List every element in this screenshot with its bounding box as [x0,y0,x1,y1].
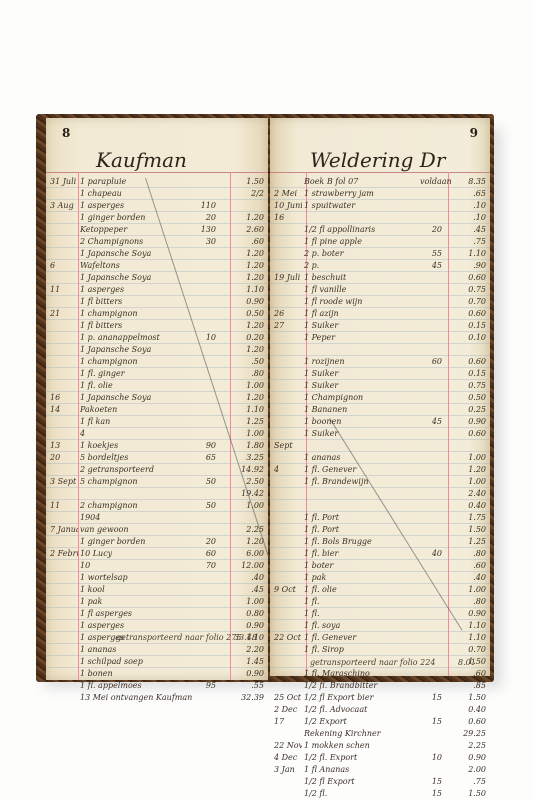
entry-description: 1 fl bitters [80,296,220,308]
entry-amount: 2.25 [456,740,486,752]
ledger-row: 1 fl pine apple.75 [270,236,490,248]
entry-description: 1 Suiker [304,428,444,440]
ledger-row: 1 fl asperges0.80 [46,608,268,620]
ledger-row: 1 fl bitters0.90 [46,296,268,308]
entry-description: 1 asperges [80,620,220,632]
folio-footnote-amount: 8.01 [458,658,476,667]
entry-description: 1 fl. Port [304,524,444,536]
entry-amount: 2/2 [234,188,264,200]
entry-description: 1 fl. Sirop [304,644,444,656]
entry-description: 1 mokken schen [304,740,444,752]
ledger-row: 1 pak .40 [270,572,490,584]
entry-description: 1 fl kan [80,416,220,428]
entry-amount: 0.20 [234,332,264,344]
entry-date: 11 [50,284,78,296]
entry-amount: 1.10 [456,632,486,644]
entry-description: 1904 [80,512,220,524]
entry-description: 1 champignon [80,308,220,320]
entry-amount: 1.10 [234,404,264,416]
entry-amount: 1.50 [234,176,264,188]
entry-amount: 0.90 [234,668,264,680]
ledger-row: 19.42 [46,488,268,500]
ledger-row: 1 pak1.00 [46,596,268,608]
ledger-row: 4 Dec1/2 fl. Export100.90 [270,752,490,764]
page-heading: Weldering Dr [310,148,445,172]
entry-description: 1 schilpad soep [80,656,220,668]
entry-amount: .80 [456,596,486,608]
ledger-row: 1 fl. Sirop0.70 [270,644,490,656]
entry-amount: 1.00 [234,596,264,608]
ledger-row: 1/2 fl.151.50 [270,788,490,800]
ledger-row: 2 Champignons30.60 [46,236,268,248]
entry-amount: 0.60 [456,428,486,440]
entry-description: 1 Suiker [304,368,444,380]
ledger-row: 1 Suiker0.15 [270,368,490,380]
entry-amount: 2.60 [234,224,264,236]
entry-description: Wafeltons [80,260,220,272]
entry-amount: 0.50 [456,392,486,404]
ledger-row: 111 asperges1.10 [46,284,268,296]
entry-amount: .45 [234,584,264,596]
entry-amount: .45 [456,224,486,236]
ledger-row: 3 Aug1 asperges110 [46,200,268,212]
entry-unit-price: 40 [420,548,442,560]
ledger-row: 1 boonen450.90 [270,416,490,428]
entry-unit-price: 95 [194,680,216,692]
ledger-row: 1 bonen0.90 [46,668,268,680]
entry-date: 4 Dec [274,752,302,764]
ledger-row: 1 fl.0.90 [270,608,490,620]
header-rule [270,172,490,173]
entry-date: 25 Oct [274,692,302,704]
ledger-row: 41.00 [46,428,268,440]
ledger-row: 1 champignon.50 [46,356,268,368]
entry-amount: 1.25 [456,536,486,548]
entry-amount: 0.60 [456,716,486,728]
entry-amount: 1.20 [456,464,486,476]
ledger-row: 1 wortelsap.40 [46,572,268,584]
entry-description: 1 ananas [80,644,220,656]
entry-date: 7 Januari [50,524,78,536]
entry-amount: 1.00 [456,584,486,596]
entry-amount: 0.60 [456,356,486,368]
entry-description: 1 fl. Port [304,512,444,524]
ledger-row: 16.10 [270,212,490,224]
entry-amount: .50 [234,356,264,368]
entry-date: 17 [274,716,302,728]
entry-description: 1 strawberry jam [304,188,444,200]
entry-date: 20 [50,452,78,464]
ledger-row: 1 boter.60 [270,560,490,572]
entry-amount: 1.20 [234,344,264,356]
entry-description: 1 beschuit [304,272,444,284]
entry-unit-price: 60 [194,548,216,560]
ledger-row: Ketoppeper1302.60 [46,224,268,236]
entry-unit-price: 15 [420,776,442,788]
ledger-row: 1 Bananen0.25 [270,404,490,416]
entry-amount: 2.20 [234,644,264,656]
entry-description: 1 fl pine apple [304,236,444,248]
entry-amount: 0.50 [234,308,264,320]
entry-amount: .60 [234,236,264,248]
entry-unit-price: 20 [194,212,216,224]
entry-amount: .10 [456,200,486,212]
entry-amount: 1.20 [234,248,264,260]
entry-amount: .60 [456,668,486,680]
entry-date: 16 [274,212,302,224]
entry-description: 1 parapluie [80,176,220,188]
entry-amount: .40 [234,572,264,584]
entry-date: 16 [50,392,78,404]
ledger-row: 1 rozijnen600.60 [270,356,490,368]
entry-amount: 1.00 [234,428,264,440]
ledger-row: 261 fl azijn0.60 [270,308,490,320]
entry-description: 1 fl. Genever [304,464,444,476]
entry-description: 1 fl. Maraschino [304,668,444,680]
entry-amount: .75 [456,236,486,248]
ledger-row: 6Wafeltons1.20 [46,260,268,272]
ledger-row: 3 Jan1 fl Ananas2.00 [270,764,490,776]
entry-date: 27 [274,320,302,332]
entry-amount: 0.40 [456,704,486,716]
subtotal-row: Rekening Kirchner29.25 [270,728,490,740]
ledger-row: 2 p. boter551.10 [270,248,490,260]
ledger-row: 1 fl. ginger.80 [46,368,268,380]
entry-description: 1 spuitwater [304,200,444,212]
entry-amount: .75 [456,776,486,788]
ledger-row: 1/2 fl. Brandbitter.85 [270,680,490,692]
ledger-row: 1 chapeau2/2 [46,188,268,200]
entry-amount: 0.60 [456,272,486,284]
entry-description: 1 fl. soya [304,620,444,632]
ledger-entries: Boek B fol 07voldaan8.352 Mei1 strawberr… [270,176,490,800]
ledger-row: 1 p. ananappelmost100.20 [46,332,268,344]
entry-unit-price: 60 [420,356,442,368]
ledger-row: 19 Juli1 beschuit0.60 [270,272,490,284]
entry-description: 1 fl. olie [304,584,444,596]
entry-amount: .80 [456,548,486,560]
entry-unit-price: 130 [194,224,216,236]
subtotal-label: 13 Mei ontvangen Kaufman [80,692,220,704]
entry-description: 4 [80,428,220,440]
ledger-row: 1 fl. Brandewijn1.00 [270,476,490,488]
ledger-row: 1 fl. Bols Brugge1.25 [270,536,490,548]
entry-date: 21 [50,308,78,320]
ledger-row: 22 Oct1 fl. Genever1.10 [270,632,490,644]
entry-unit-price: 50 [194,500,216,512]
header-rule [46,172,268,173]
entry-description: 1 fl roode wijn [304,296,444,308]
entry-amount: 1.00 [234,500,264,512]
ledger-row: 271 Suiker0.15 [270,320,490,332]
ledger-row: 2 Februari10 Lucy606.00 [46,548,268,560]
page-heading: Kaufman [96,148,187,172]
entry-amount: 2.00 [456,764,486,776]
entry-amount: 0.10 [456,332,486,344]
entry-amount: 1.20 [234,212,264,224]
entry-amount: .40 [456,572,486,584]
entry-date: 6 [50,260,78,272]
entry-amount: .65 [456,188,486,200]
entry-description: 1 kool [80,584,220,596]
page-number: 9 [470,126,478,140]
entry-description: 1 Bananen [304,404,444,416]
ledger-row: 1 Champignon0.50 [270,392,490,404]
entry-date: 10 Juni [274,200,302,212]
entry-unit-price: 110 [194,200,216,212]
ledger-row: 10 Juni1 spuitwater.10 [270,200,490,212]
ledger-row: 22 Nov1 mokken schen2.25 [270,740,490,752]
ledger-entries: 31 Juli1 parapluie1.501 chapeau2/23 Aug1… [46,176,268,704]
entry-description: 1 fl vanille [304,284,444,296]
entry-amount: .90 [456,260,486,272]
ledger-row: 1 Peper0.10 [270,332,490,344]
entry-unit-price: 20 [420,224,442,236]
entry-description: 1 ananas [304,452,444,464]
entry-description: 1 Japansche Soya [80,248,220,260]
entry-unit-price: 90 [194,440,216,452]
ledger-row: 1 fl kan1.25 [46,416,268,428]
ledger-row: 1 Japansche Soya1.20 [46,248,268,260]
entry-date: 22 Nov [274,740,302,752]
ledger-row: 1 Japansche Soya1.20 [46,272,268,284]
entry-date: 2 Dec [274,704,302,716]
ledger-row: 9 Oct1 fl. olie1.00 [270,584,490,596]
entry-date: 19 Juli [274,272,302,284]
ledger-row [270,344,490,356]
entry-unit-price: 65 [194,452,216,464]
ledger-row: 31 Juli1 parapluie1.50 [46,176,268,188]
ledger-row: 41 fl. Genever1.20 [270,464,490,476]
entry-amount: 1.20 [234,260,264,272]
entry-amount: 0.90 [234,296,264,308]
entry-date: 22 Oct [274,632,302,644]
ledger-row: 1 fl. olie1.00 [46,380,268,392]
ledger-row: 0.40 [270,500,490,512]
ledger-row: 2 p.45.90 [270,260,490,272]
entry-description: 1 pak [80,596,220,608]
ledger-row: 211 champignon0.50 [46,308,268,320]
entry-amount: 0.90 [456,608,486,620]
entry-description: 1 fl bitters [80,320,220,332]
entry-amount: 1.00 [456,476,486,488]
entry-description: 1 fl. Brandewijn [304,476,444,488]
entry-description: 1 fl Ananas [304,764,444,776]
entry-description: 1/2 fl. Advocaat [304,704,444,716]
entry-amount: 0.90 [456,416,486,428]
entry-unit-price: 45 [420,260,442,272]
entry-description: 1 pak [304,572,444,584]
entry-unit-price: 15 [420,716,442,728]
entry-amount: 1.50 [456,788,486,800]
entry-description: Pakoeten [80,404,220,416]
folio-footnote: getransporteerd naar folio 224 [310,658,435,667]
entry-date: 3 Aug [50,200,78,212]
entry-description: 1 Japansche Soya [80,272,220,284]
entry-description: 1 fl asperges [80,608,220,620]
ledger-row: 2 Dec1/2 fl. Advocaat0.40 [270,704,490,716]
entry-amount: 1.20 [234,320,264,332]
subtotal-amount: 32.39 [234,692,264,704]
entry-description: 1 Suiker [304,380,444,392]
subtotal-amount: 29.25 [456,728,486,740]
ledger-row: 1 asperges0.90 [46,620,268,632]
ledger-row: 1 fl..80 [270,596,490,608]
entry-amount: 0.60 [456,308,486,320]
entry-description: 1 asperges [80,284,220,296]
entry-amount: 0.90 [456,752,486,764]
entry-date: 2 Februari [50,548,78,560]
entry-description: 1 fl. Genever [304,632,444,644]
entry-amount: 1.75 [456,512,486,524]
ledger-row: 1 fl. appelmoes95.55 [46,680,268,692]
entry-amount: 0.75 [456,380,486,392]
ledger-row: 1 fl bitters1.20 [46,320,268,332]
entry-description: 1 wortelsap [80,572,220,584]
ledger-row: 2 Mei1 strawberry jam.65 [270,188,490,200]
entry-date: 3 Jan [274,764,302,776]
entry-amount: .85 [456,680,486,692]
entry-amount: 1.45 [234,656,264,668]
entry-description: 1/2 fl. Brandbitter [304,680,444,692]
entry-amount: 1.80 [234,440,264,452]
entry-date: Sept [274,440,302,452]
left-ledger-page: 8 Kaufman 31 Juli1 parapluie1.501 chapea… [46,118,268,680]
ledger-row: 1 fl. Port1.50 [270,524,490,536]
entry-description: 1 Peper [304,332,444,344]
ledger-row: 171/2 Export150.60 [270,716,490,728]
ledger-row: 1 schilpad soep1.45 [46,656,268,668]
entry-date: 14 [50,404,78,416]
subtotal-row: 13 Mei ontvangen Kaufman32.39 [46,692,268,704]
entry-amount: 2.50 [234,476,264,488]
ledger-row: 7 Januarivan gewoon2.25 [46,524,268,536]
entry-amount: 2.40 [456,488,486,500]
entry-description: 1 Japansche Soya [80,392,220,404]
entry-unit-price: 55 [420,248,442,260]
entry-unit-price: 15 [420,692,442,704]
entry-date: 2 Mei [274,188,302,200]
entry-amount: 1.50 [456,692,486,704]
entry-date: 4 [274,464,302,476]
entry-description: 1 fl azijn [304,308,444,320]
ledger-row: 1/2 fl appollinaris20.45 [270,224,490,236]
entry-date: 9 Oct [274,584,302,596]
entry-amount: 1.20 [234,392,264,404]
entry-amount: 1.00 [234,380,264,392]
ledger-row: 1 fl. Maraschino.60 [270,668,490,680]
entry-date: 11 [50,500,78,512]
entry-unit-price: 20 [194,536,216,548]
entry-amount: 8.35 [456,176,486,188]
entry-description: 1 fl. [304,608,444,620]
entry-unit-price: 45 [420,416,442,428]
ledger-row: 1 Suiker0.75 [270,380,490,392]
entry-amount: .60 [456,560,486,572]
ledger-row: 1 Japansche Soya1.20 [46,344,268,356]
ledger-row: 112 champignon501.00 [46,500,268,512]
entry-amount: 0.15 [456,368,486,380]
ledger-row: 1 ginger borden201.20 [46,536,268,548]
ledger-row: 25 Oct1/2 fl Export bier151.50 [270,692,490,704]
entry-unit-price: 30 [194,236,216,248]
entry-date: 3 Sept [50,476,78,488]
entry-description: 1 bonen [80,668,220,680]
ledger-row: 1 kool.45 [46,584,268,596]
entry-amount: 0.75 [456,284,486,296]
ledger-row: 1 fl roode wijn0.70 [270,296,490,308]
entry-amount: .80 [234,368,264,380]
page-number: 8 [62,126,70,140]
entry-amount: 6.00 [234,548,264,560]
entry-description: 1 Champignon [304,392,444,404]
entry-description: 1 fl. ginger [80,368,220,380]
subtotal-label: Rekening Kirchner [304,728,444,740]
right-ledger-page: 9 Weldering Dr Boek B fol 07voldaan8.352… [270,118,490,676]
entry-unit-price: voldaan [420,176,442,188]
entry-amount: 1.10 [234,284,264,296]
entry-amount: .55 [234,680,264,692]
entry-description: van gewoon [80,524,220,536]
entry-date: 26 [274,308,302,320]
entry-amount: 0.70 [456,296,486,308]
entry-date: 13 [50,440,78,452]
ledger-row: 1904 [46,512,268,524]
entry-amount: .10 [456,212,486,224]
ledger-row: 1 fl. Port1.75 [270,512,490,524]
ledger-row: 1 fl. bier40.80 [270,548,490,560]
subtotal-row: 2 getransporteerd14.92 [46,464,268,476]
entry-unit-price: 10 [420,752,442,764]
entry-amount: 0.90 [234,620,264,632]
entry-unit-price: 50 [194,476,216,488]
entry-amount: 12.00 [234,560,264,572]
entry-amount: 1.20 [234,536,264,548]
entry-amount: 1.10 [456,248,486,260]
folio-footnote-amount: 33.48 [234,633,257,642]
entry-description: 1 fl. olie [80,380,220,392]
folio-footnote: getransporteerd naar folio 275 [116,633,241,642]
entry-unit-price: 70 [194,560,216,572]
entry-description: 1 fl. Bols Brugge [304,536,444,548]
ledger-row: Sept [270,440,490,452]
entry-amount: 0.40 [456,500,486,512]
ledger-row: 3 Sept5 champignon502.50 [46,476,268,488]
ledger-row: 107012.00 [46,560,268,572]
entry-description: 1 champignon [80,356,220,368]
ledger-row: 14Pakoeten1.10 [46,404,268,416]
entry-amount: 0.80 [234,608,264,620]
entry-amount: 0.15 [456,320,486,332]
ledger-row: 1 fl vanille0.75 [270,284,490,296]
entry-amount: 1.50 [456,524,486,536]
ledger-row: 1 ananas2.20 [46,644,268,656]
subtotal-label: 2 getransporteerd [80,464,220,476]
ledger-row: Boek B fol 07voldaan8.35 [270,176,490,188]
entry-amount: 1.20 [234,272,264,284]
entry-date: 31 Juli [50,176,78,188]
entry-amount: 1.25 [234,416,264,428]
entry-amount: 0.70 [456,644,486,656]
entry-description: 1 Suiker [304,320,444,332]
ledger-row: 1 Suiker0.60 [270,428,490,440]
entry-amount: 0.25 [456,404,486,416]
entry-amount: 1.00 [456,452,486,464]
entry-unit-price: 15 [420,788,442,800]
entry-description: 1 fl. [304,596,444,608]
ledger-row: 161 Japansche Soya1.20 [46,392,268,404]
ledger-row: 1/2 fl Export15.75 [270,776,490,788]
